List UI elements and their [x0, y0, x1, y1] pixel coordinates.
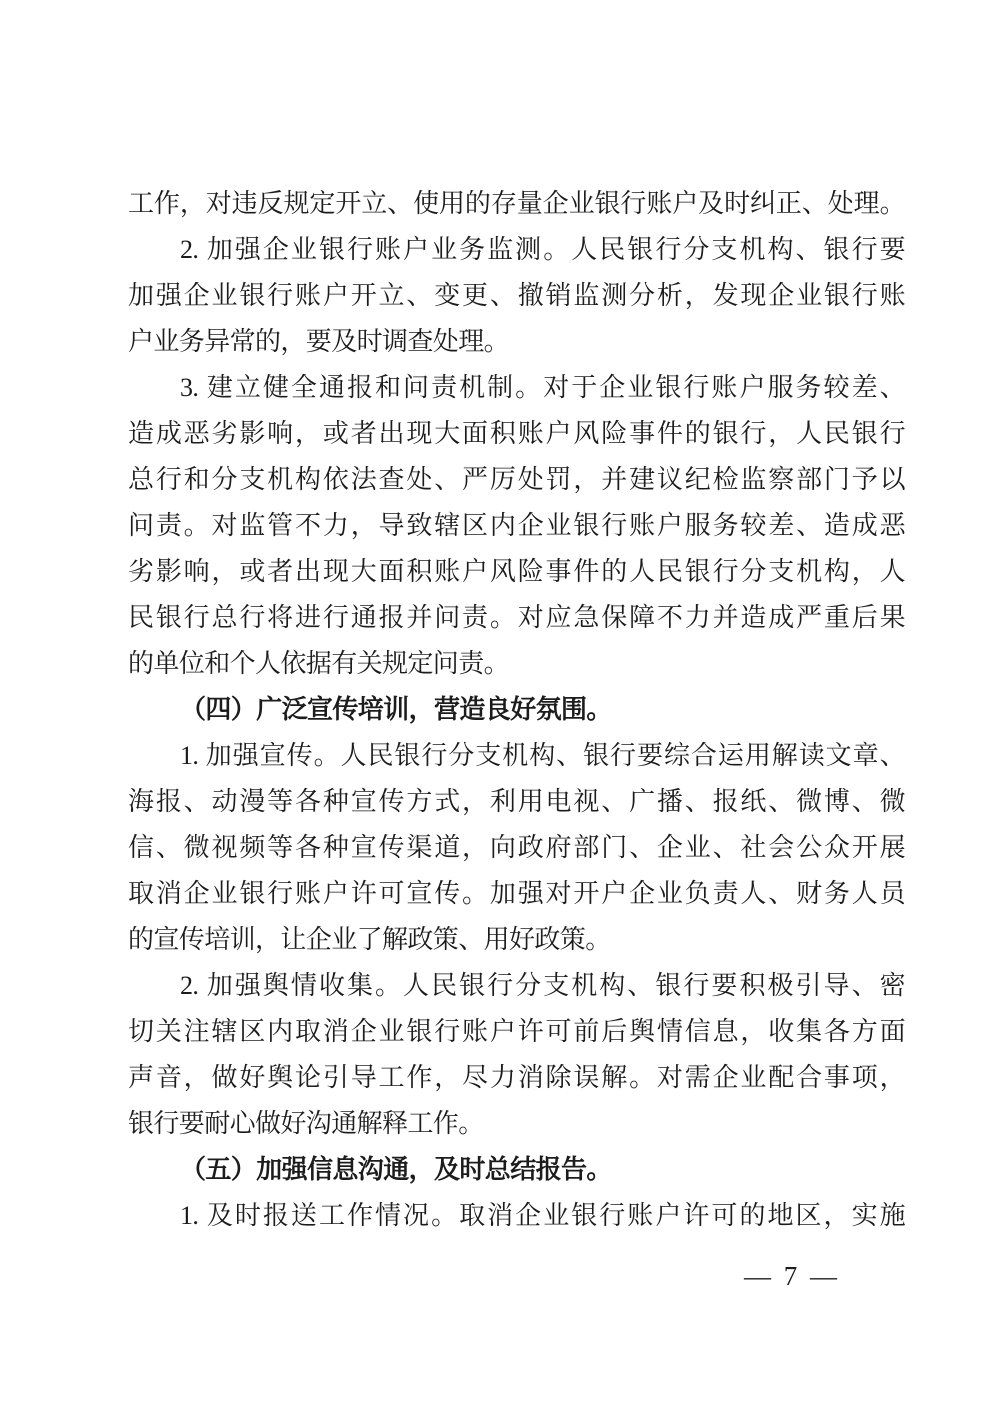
- text-line: 信、微视频等各种宣传渠道，向政府部门、企业、社会公众开展: [128, 825, 905, 871]
- text-line: 问责。对监管不力，导致辖区内企业银行账户服务较差、造成恶: [128, 503, 905, 549]
- text-line: 的单位和个人依据有关规定问责。: [128, 641, 905, 687]
- text-line: 3. 建立健全通报和问责机制。对于企业银行账户服务较差、: [128, 365, 905, 411]
- text-line: 劣影响，或者出现大面积账户风险事件的人民银行分支机构，人: [128, 549, 905, 595]
- document-text-block: 工作，对违反规定开立、使用的存量企业银行账户及时纠正、处理。 2. 加强企业银行…: [128, 181, 905, 1239]
- page-number: — 7 —: [128, 1253, 905, 1299]
- text-line: 的宣传培训，让企业了解政策、用好政策。: [128, 917, 905, 963]
- text-line: 银行要耐心做好沟通解释工作。: [128, 1101, 905, 1147]
- text-line: 户业务异常的，要及时调查处理。: [128, 319, 905, 365]
- section-heading: （四）广泛宣传培训，营造良好氛围。: [128, 687, 905, 733]
- text-line: 总行和分支机构依法查处、严厉处罚，并建议纪检监察部门予以: [128, 457, 905, 503]
- text-line: 造成恶劣影响，或者出现大面积账户风险事件的银行，人民银行: [128, 411, 905, 457]
- text-line: 2. 加强舆情收集。人民银行分支机构、银行要积极引导、密: [128, 963, 905, 1009]
- text-line: 加强企业银行账户开立、变更、撤销监测分析，发现企业银行账: [128, 273, 905, 319]
- text-line: 取消企业银行账户许可宣传。加强对开户企业负责人、财务人员: [128, 871, 905, 917]
- text-line: 民银行总行将进行通报并问责。对应急保障不力并造成严重后果: [128, 595, 905, 641]
- text-line: 2. 加强企业银行账户业务监测。人民银行分支机构、银行要: [128, 227, 905, 273]
- section-heading: （五）加强信息沟通，及时总结报告。: [128, 1147, 905, 1193]
- text-line: 切关注辖区内取消企业银行账户许可前后舆情信息，收集各方面: [128, 1009, 905, 1055]
- text-line: 声音，做好舆论引导工作，尽力消除误解。对需企业配合事项，: [128, 1055, 905, 1101]
- text-line: 工作，对违反规定开立、使用的存量企业银行账户及时纠正、处理。: [128, 181, 905, 227]
- document-page: 工作，对违反规定开立、使用的存量企业银行账户及时纠正、处理。 2. 加强企业银行…: [0, 0, 1000, 1415]
- text-line: 1. 及时报送工作情况。取消企业银行账户许可的地区，实施: [128, 1193, 905, 1239]
- text-line: 海报、动漫等各种宣传方式，利用电视、广播、报纸、微博、微: [128, 779, 905, 825]
- text-line: 1. 加强宣传。人民银行分支机构、银行要综合运用解读文章、: [128, 733, 905, 779]
